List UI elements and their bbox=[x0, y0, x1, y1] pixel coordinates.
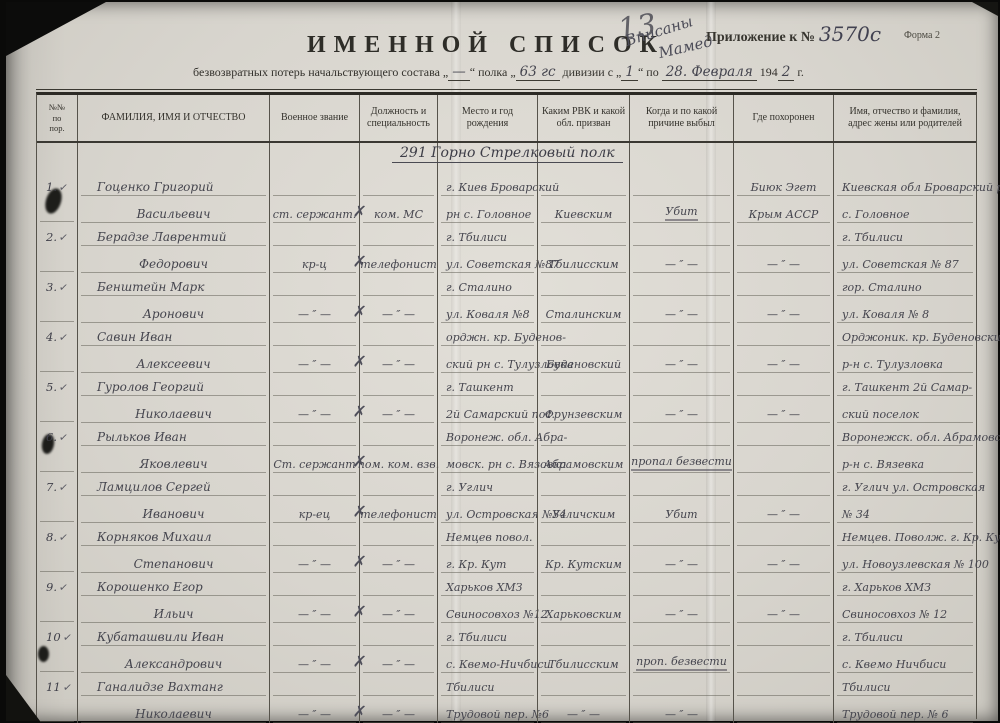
cell-relatives: г. Углич ул. Островская№ 34 bbox=[833, 469, 976, 523]
row-number: 6. bbox=[46, 430, 57, 444]
subtitle-printed-text: “ полка „ bbox=[470, 65, 516, 79]
table-row: 8.✓Корняков МихаилСтепанович— ″ —— ″ —✗Н… bbox=[37, 519, 976, 569]
cell-burial: Биюк ЭгетКрым АССР bbox=[733, 169, 833, 223]
row-number: 3. bbox=[46, 280, 57, 294]
handwritten-text: — ″ — bbox=[298, 708, 331, 721]
cell-rvk: Угличским bbox=[537, 469, 629, 523]
pencil-cross-mark: ✗ bbox=[352, 501, 367, 522]
cell-rvk: Харьковским bbox=[537, 569, 629, 623]
handwritten-text: г. Ташкент 2й Самар- bbox=[842, 381, 972, 394]
cell-burial bbox=[733, 419, 833, 473]
cell-burial: — ″ — bbox=[733, 469, 833, 523]
subtitle-printed-text: “ по bbox=[638, 65, 662, 79]
header-birthplace: Место и год рождения bbox=[437, 95, 537, 141]
handwritten-text: г. Тбилиси bbox=[842, 631, 903, 644]
table-row: 2.✓Берадзе ЛаврентийФедоровичкр-цтелефон… bbox=[37, 219, 976, 269]
scan-corner-shadow bbox=[972, 2, 998, 16]
cell-cause: пропал безвести bbox=[629, 419, 733, 473]
checkmark-icon: ✓ bbox=[58, 580, 69, 594]
handwritten-text: г. Харьков ХМЗ bbox=[842, 581, 931, 594]
cell-rank: — ″ — bbox=[269, 519, 359, 573]
cell-row-number: 7.✓ bbox=[37, 469, 77, 523]
handwritten-text: г. Тбилиси bbox=[446, 631, 507, 644]
handwritten-text: Ламцилов Сергей bbox=[97, 480, 211, 494]
cell-name: Корняков МихаилСтепанович bbox=[77, 519, 269, 573]
cell-cause: Убит bbox=[629, 469, 733, 523]
cell-row-number: 10✓ bbox=[37, 619, 77, 673]
table-row: 1.✓Гоценко ГригорийВасильевичст. сержант… bbox=[37, 169, 976, 219]
header-burial: Где похоронен bbox=[733, 95, 833, 141]
cell-relatives: г. Харьков ХМЗСвиносовхоз № 12 bbox=[833, 569, 976, 623]
handwritten-text: — ″ — bbox=[567, 708, 600, 721]
cell-burial bbox=[733, 669, 833, 723]
cell-row-number: 11✓ bbox=[37, 669, 77, 723]
cell-name: Берадзе ЛаврентийФедорович bbox=[77, 219, 269, 273]
appendix-label: Приложение к № 3570с bbox=[706, 22, 881, 46]
row-number: 10 bbox=[46, 630, 61, 644]
cell-burial: — ″ — bbox=[733, 519, 833, 573]
handwritten-text: Рыльков Иван bbox=[97, 430, 187, 444]
handwritten-text: Корняков Михаил bbox=[97, 530, 212, 544]
cell-row-number: 3.✓ bbox=[37, 269, 77, 323]
checkmark-icon: ✓ bbox=[58, 380, 69, 394]
cell-cause: — ″ — bbox=[629, 219, 733, 273]
cell-rank: — ″ — bbox=[269, 569, 359, 623]
losses-table: №№ по пор. ФАМИЛИЯ, ИМЯ И ОТЧЕСТВО Военн… bbox=[36, 92, 977, 719]
handwritten-text: Тбилиси bbox=[842, 681, 890, 694]
cell-birthplace: Харьков ХМЗСвиносовхоз №12 bbox=[437, 569, 537, 623]
cell-burial: — ″ — bbox=[733, 569, 833, 623]
cell-row-number: 8.✓ bbox=[37, 519, 77, 573]
cell-rvk: Фрунзевским bbox=[537, 369, 629, 423]
handwritten-text: Орджоник. кр. Буденовский bbox=[842, 331, 1000, 344]
cell-birthplace: г. Ташкент2й Самарский пос. bbox=[437, 369, 537, 423]
handwritten-text: Гуролов Георгий bbox=[97, 380, 204, 394]
handwritten-text: Ганалидзе Вахтанг bbox=[97, 680, 223, 694]
handwritten-text: Кубаташвили Иван bbox=[97, 630, 224, 644]
cell-duty: — ″ —✗ bbox=[359, 669, 437, 723]
cell-row-number: 2.✓ bbox=[37, 219, 77, 273]
pencil-cross-mark: ✗ bbox=[352, 601, 367, 622]
cell-row-number: 6.✓ bbox=[37, 419, 77, 473]
cell-duty: — ″ —✗ bbox=[359, 619, 437, 673]
cell-rvk: Абрамовским bbox=[537, 419, 629, 473]
cell-rank: кр-ц bbox=[269, 219, 359, 273]
header-rvk: Каким РВК и какой обл. призван bbox=[537, 95, 629, 141]
cell-relatives: Немцев. Поволж. г. Кр. Кутул. Новоузлевс… bbox=[833, 519, 976, 573]
cell-rank: — ″ — bbox=[269, 319, 359, 373]
cell-duty: — ″ —✗ bbox=[359, 569, 437, 623]
cell-cause: — ″ — bbox=[629, 519, 733, 573]
cell-rvk: Кр. Кутским bbox=[537, 519, 629, 573]
cell-relatives: гор. Сталиноул. Коваля № 8 bbox=[833, 269, 976, 323]
handwritten-text: Трудовой пер. № 6 bbox=[842, 708, 949, 721]
cell-rank: — ″ — bbox=[269, 619, 359, 673]
cell-row-number: 5.✓ bbox=[37, 369, 77, 423]
header-number: №№ по пор. bbox=[37, 95, 77, 141]
cell-name: Корошенко ЕгорИльич bbox=[77, 569, 269, 623]
cell-cause: — ″ — bbox=[629, 319, 733, 373]
cell-name: Бенштейн МаркАронович bbox=[77, 269, 269, 323]
regiment-title: 291 Горно Стрелковый полк bbox=[392, 145, 623, 163]
cell-name: Ламцилов СергейИванович bbox=[77, 469, 269, 523]
cell-cause: — ″ — bbox=[629, 669, 733, 723]
pencil-cross-mark: ✗ bbox=[352, 651, 367, 672]
checkmark-icon: ✓ bbox=[58, 330, 69, 344]
cell-relatives: Воронежск. обл. Абрамовскийр-н с. Вязевк… bbox=[833, 419, 976, 473]
checkmark-icon: ✓ bbox=[58, 530, 69, 544]
cell-rvk: Тбилисским bbox=[537, 619, 629, 673]
cell-name: Гоценко ГригорийВасильевич bbox=[77, 169, 269, 223]
appendix-printed-text: Приложение к № bbox=[706, 30, 815, 45]
cell-birthplace: Воронеж. обл. Абра-мовск. рн с. Вязовка bbox=[437, 419, 537, 473]
cell-rvk: Тбилисским bbox=[537, 219, 629, 273]
handwritten-text: Берадзе Лаврентий bbox=[97, 230, 227, 244]
cell-relatives: ТбилисиТрудовой пер. № 6 bbox=[833, 669, 976, 723]
table-row: 4.✓Савин ИванАлексеевич— ″ —— ″ —✗орджн.… bbox=[37, 319, 976, 369]
subtitle-handwritten-entry: 28. Февраля bbox=[662, 64, 757, 81]
cell-birthplace: г. Сталиноул. Коваля №8 bbox=[437, 269, 537, 323]
subtitle-printed-text: г. bbox=[794, 65, 804, 79]
row-number: 4. bbox=[46, 330, 57, 344]
handwritten-text: Киевская обл Броварский рн bbox=[842, 181, 1000, 194]
table-body: 1.✓Гоценко ГригорийВасильевичст. сержант… bbox=[37, 169, 976, 719]
header-duty: Должность и специальность bbox=[359, 95, 437, 141]
handwritten-text: Тбилиси bbox=[446, 681, 494, 694]
handwritten-text: Воронежск. обл. Абрамовский bbox=[842, 431, 1000, 444]
cell-relatives: Киевская обл Броварский рнс. Головное bbox=[833, 169, 976, 223]
cell-name: Рыльков ИванЯковлевич bbox=[77, 419, 269, 473]
cell-burial: — ″ — bbox=[733, 319, 833, 373]
scan-corner-shadow bbox=[6, 2, 106, 56]
cell-name: Савин ИванАлексеевич bbox=[77, 319, 269, 373]
cell-birthplace: г. Киев Броварскийрн с. Головное bbox=[437, 169, 537, 223]
checkmark-icon: ✓ bbox=[58, 430, 69, 444]
pencil-cross-mark: ✗ bbox=[352, 401, 367, 422]
handwritten-text: Биюк Эгет bbox=[751, 181, 817, 194]
handwritten-text: Гоценко Григорий bbox=[97, 180, 214, 194]
cell-cause: проп. безвести bbox=[629, 619, 733, 673]
cell-rank: ст. сержант. bbox=[269, 169, 359, 223]
handwritten-text: г. Сталино bbox=[446, 281, 512, 294]
cell-cause: Убит bbox=[629, 169, 733, 223]
header-cause: Когда и по какой причине выбыл bbox=[629, 95, 733, 141]
cell-name: Ганалидзе ВахтангНиколаевич bbox=[77, 669, 269, 723]
row-number: 1. bbox=[46, 180, 57, 194]
handwritten-text: — ″ — bbox=[665, 708, 698, 721]
handwritten-text: г. Ташкент bbox=[446, 381, 514, 394]
row-number: 11 bbox=[46, 680, 61, 694]
cell-birthplace: орджн. кр. Буденов-ский рн с. Тулузловка bbox=[437, 319, 537, 373]
checkmark-icon: ✓ bbox=[58, 180, 69, 194]
header-name: ФАМИЛИЯ, ИМЯ И ОТЧЕСТВО bbox=[77, 95, 269, 141]
cell-row-number: 1.✓ bbox=[37, 169, 77, 223]
cell-rank: — ″ — bbox=[269, 369, 359, 423]
header-relatives: Имя, отчество и фамилия, адрес жены или … bbox=[833, 95, 976, 141]
cell-rvk: Сталинским bbox=[537, 269, 629, 323]
handwritten-text: Корошенко Егор bbox=[97, 580, 203, 594]
cell-burial bbox=[733, 619, 833, 673]
pencil-cross-mark: ✗ bbox=[352, 551, 367, 572]
row-number: 8. bbox=[46, 530, 57, 544]
cell-birthplace: г. Угличул. Островская №34 bbox=[437, 469, 537, 523]
cell-burial: — ″ — bbox=[733, 369, 833, 423]
cell-row-number: 4.✓ bbox=[37, 319, 77, 373]
handwritten-text: Харьков ХМЗ bbox=[446, 581, 522, 594]
cell-row-number: 9.✓ bbox=[37, 569, 77, 623]
cell-name: Кубаташвили ИванАлександрович bbox=[77, 619, 269, 673]
cell-rank: Ст. сержант bbox=[269, 419, 359, 473]
cell-duty: ком. МС✗ bbox=[359, 169, 437, 223]
cell-duty: — ″ —✗ bbox=[359, 369, 437, 423]
subtitle-printed-text: дивизии с „ bbox=[560, 65, 622, 79]
cell-rank: кр-ец bbox=[269, 469, 359, 523]
table-row: 9.✓Корошенко ЕгорИльич— ″ —— ″ —✗Харьков… bbox=[37, 569, 976, 619]
pencil-cross-mark: ✗ bbox=[352, 251, 367, 272]
row-number: 9. bbox=[46, 580, 57, 594]
pencil-cross-mark: ✗ bbox=[352, 451, 367, 472]
subtitle: безвозвратных потерь начальствующего сос… bbox=[6, 64, 991, 80]
handwritten-text: Бенштейн Марк bbox=[97, 280, 204, 294]
cell-cause: — ″ — bbox=[629, 269, 733, 323]
scanned-document: 13 ИМЕННОЙ СПИСОК Вписаны Мамед Приложен… bbox=[0, 0, 1000, 723]
form-number: Форма 2 bbox=[904, 30, 940, 41]
row-number: 5. bbox=[46, 380, 57, 394]
subtitle-handwritten-entry: — bbox=[448, 64, 470, 81]
cell-duty: пом. ком. взв.✗ bbox=[359, 419, 437, 473]
table-row: 7.✓Ламцилов СергейИвановичкр-ецтелефонис… bbox=[37, 469, 976, 519]
cell-cause: — ″ — bbox=[629, 569, 733, 623]
cell-relatives: г. Ташкент 2й Самар-ский поселок bbox=[833, 369, 976, 423]
checkmark-icon: ✓ bbox=[58, 230, 69, 244]
handwritten-text: г. Тбилиси bbox=[842, 231, 903, 244]
cell-birthplace: ТбилисиТрудовой пер. №6 bbox=[437, 669, 537, 723]
handwritten-text: Трудовой пер. №6 bbox=[446, 708, 549, 721]
cell-duty: — ″ —✗ bbox=[359, 269, 437, 323]
table-header-row: №№ по пор. ФАМИЛИЯ, ИМЯ И ОТЧЕСТВО Военн… bbox=[37, 95, 976, 143]
cell-duty: телефонист✗ bbox=[359, 219, 437, 273]
appendix-number: 3570с bbox=[819, 22, 881, 46]
table-row: 6.✓Рыльков ИванЯковлевичСт. сержантпом. … bbox=[37, 419, 976, 469]
cell-rvk: Киевским bbox=[537, 169, 629, 223]
cell-relatives: Орджоник. кр. Буденовскийр-н с. Тулузлов… bbox=[833, 319, 976, 373]
cell-relatives: г. Тбилисис. Квемо Ничбиси bbox=[833, 619, 976, 673]
cell-birthplace: г. Тбилисиул. Советская №87 bbox=[437, 219, 537, 273]
handwritten-text: — ″ — bbox=[382, 708, 415, 721]
cell-duty: — ″ —✗ bbox=[359, 319, 437, 373]
checkmark-icon: ✓ bbox=[58, 480, 69, 494]
handwritten-text: Немцев. Поволж. г. Кр. Кут bbox=[842, 531, 1000, 544]
cell-rank: — ″ — bbox=[269, 669, 359, 723]
pencil-cross-mark: ✗ bbox=[352, 301, 367, 322]
pencil-cross-mark: ✗ bbox=[352, 351, 367, 372]
table-row: 10✓Кубаташвили ИванАлександрович— ″ —— ″… bbox=[37, 619, 976, 669]
cell-rvk: Буденовский bbox=[537, 319, 629, 373]
scan-corner-shadow bbox=[6, 675, 40, 721]
subtitle-handwritten-entry: 2 bbox=[778, 64, 795, 81]
cell-birthplace: г. Тбилисис. Квемо-Ничбиси bbox=[437, 619, 537, 673]
cell-rvk: — ″ — bbox=[537, 669, 629, 723]
cell-burial: — ″ — bbox=[733, 219, 833, 273]
checkmark-icon: ✓ bbox=[62, 680, 73, 694]
handwritten-text: Николаевич bbox=[135, 707, 212, 721]
subtitle-printed-text: безвозвратных потерь начальствующего сос… bbox=[193, 65, 448, 79]
cell-name: Гуролов ГеоргийНиколаевич bbox=[77, 369, 269, 423]
table-row: 3.✓Бенштейн МаркАронович— ″ —— ″ —✗г. Ст… bbox=[37, 269, 976, 319]
row-number: 2. bbox=[46, 230, 57, 244]
handwritten-text: г. Углич ул. Островская bbox=[842, 481, 985, 494]
subtitle-handwritten-entry: 63 гс bbox=[516, 64, 560, 81]
checkmark-icon: ✓ bbox=[58, 280, 69, 294]
table-row: 11✓Ганалидзе ВахтангНиколаевич— ″ —— ″ —… bbox=[37, 669, 976, 719]
cell-duty: телефонист✗ bbox=[359, 469, 437, 523]
handwritten-text: г. Тбилиси bbox=[446, 231, 507, 244]
cell-relatives: г. Тбилисиул. Советская № 87 bbox=[833, 219, 976, 273]
cell-duty: — ″ —✗ bbox=[359, 519, 437, 573]
handwritten-text: Немцев повол. bbox=[446, 531, 533, 544]
table-row: 5.✓Гуролов ГеоргийНиколаевич— ″ —— ″ —✗г… bbox=[37, 369, 976, 419]
pencil-cross-mark: ✗ bbox=[352, 201, 367, 222]
handwritten-text: г. Углич bbox=[446, 481, 493, 494]
cell-rank: — ″ — bbox=[269, 269, 359, 323]
handwritten-text: Савин Иван bbox=[97, 330, 172, 344]
subtitle-handwritten-entry: 1 bbox=[621, 64, 638, 81]
handwritten-text: гор. Сталино bbox=[842, 281, 922, 294]
subtitle-printed-text: 194 bbox=[757, 65, 778, 79]
row-number: 7. bbox=[46, 480, 57, 494]
cell-cause: — ″ — bbox=[629, 369, 733, 423]
regiment-section-row: 291 Горно Стрелковый полк bbox=[37, 143, 976, 169]
checkmark-icon: ✓ bbox=[62, 630, 73, 644]
cell-burial: — ″ — bbox=[733, 269, 833, 323]
cell-birthplace: Немцев повол.г. Кр. Кут bbox=[437, 519, 537, 573]
header-rank: Военное звание bbox=[269, 95, 359, 141]
pencil-cross-mark: ✗ bbox=[352, 701, 367, 722]
paper-sheet: 13 ИМЕННОЙ СПИСОК Вписаны Мамед Приложен… bbox=[6, 2, 998, 721]
